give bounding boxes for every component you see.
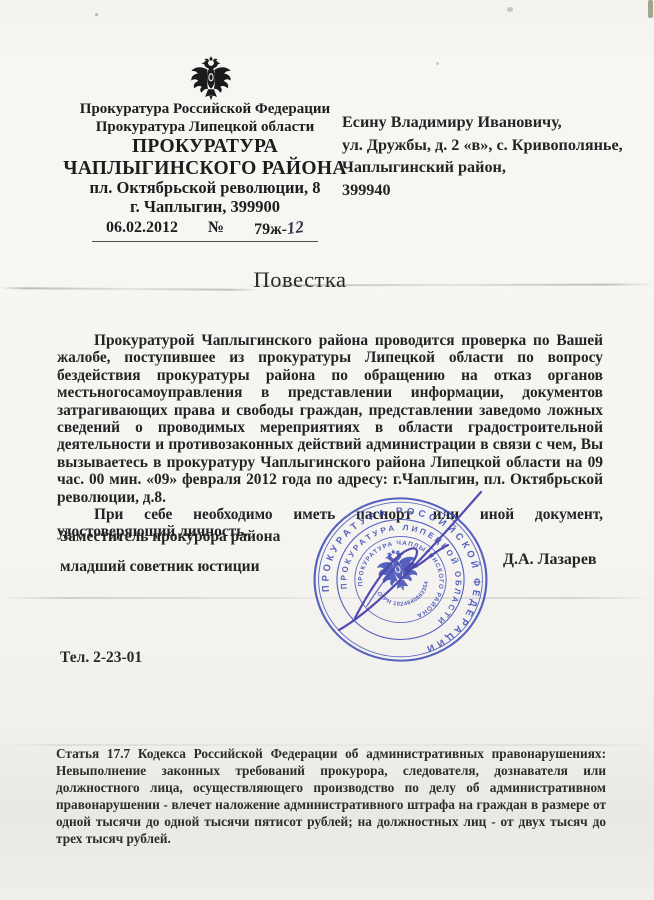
signer-name: Д.А. Лазарев (503, 551, 597, 569)
signer-position-line1: Заместитель прокурора района (60, 528, 280, 546)
letterhead-address-line2: г. Чаплыгин, 399900 (46, 198, 364, 217)
scan-speck (436, 62, 439, 65)
recipient-line: Чаплыгинский район, (342, 156, 642, 179)
phone-number: Тел. 2-23-01 (60, 649, 142, 667)
recipient-line: Есину Владимиру Ивановичу, (342, 111, 642, 134)
number-sign: № (208, 219, 224, 239)
body-paragraph-1: Прокуратурой Чаплыгинского района провод… (57, 332, 603, 506)
date-number-row: 06.02.2012 № 79ж-12 (92, 219, 318, 242)
scan-speck (95, 13, 98, 16)
recipient-line: ул. Дружбы, д. 2 «в», с. Кривополянье, (342, 134, 642, 157)
letter-title: Повестка (0, 267, 600, 293)
letterhead-org-name-line1: ПРОКУРАТУРА (46, 136, 364, 158)
letterhead: Прокуратура Российской Федерации Прокура… (46, 101, 364, 242)
legal-note: Статья 17.7 Кодекса Российской Федерации… (56, 745, 606, 847)
letter-date: 06.02.2012 (106, 219, 178, 239)
handwritten-number: 12 (286, 217, 305, 239)
official-round-stamp: ПРОКУРАТУРА РОССИЙСКОЙ ФЕДЕРАЦИИ ПРОКУРА… (311, 495, 490, 664)
letterhead-address-line1: пл. Октябрьской революции, 8 (46, 179, 364, 198)
signer-position-line2: младший советник юстиции (60, 558, 260, 576)
letterhead-org-line1: Прокуратура Российской Федерации (46, 101, 364, 119)
scanned-letter-page: Прокуратура Российской Федерации Прокура… (0, 0, 654, 900)
scan-edge-mark (648, 0, 653, 18)
recipient-line: 399940 (342, 179, 642, 202)
doc-number: 79ж-12 (254, 219, 304, 239)
stamp-eagle-icon (373, 545, 423, 595)
russia-coat-of-arms-icon (184, 55, 238, 104)
recipient-address-block: Есину Владимиру Ивановичу, ул. Дружбы, д… (342, 111, 642, 201)
scan-speck (507, 7, 513, 12)
letterhead-org-name-line2: ЧАПЛЫГИНСКОГО РАЙОНА (46, 158, 364, 180)
letterhead-org-line2: Прокуратура Липецкой области (46, 119, 364, 137)
